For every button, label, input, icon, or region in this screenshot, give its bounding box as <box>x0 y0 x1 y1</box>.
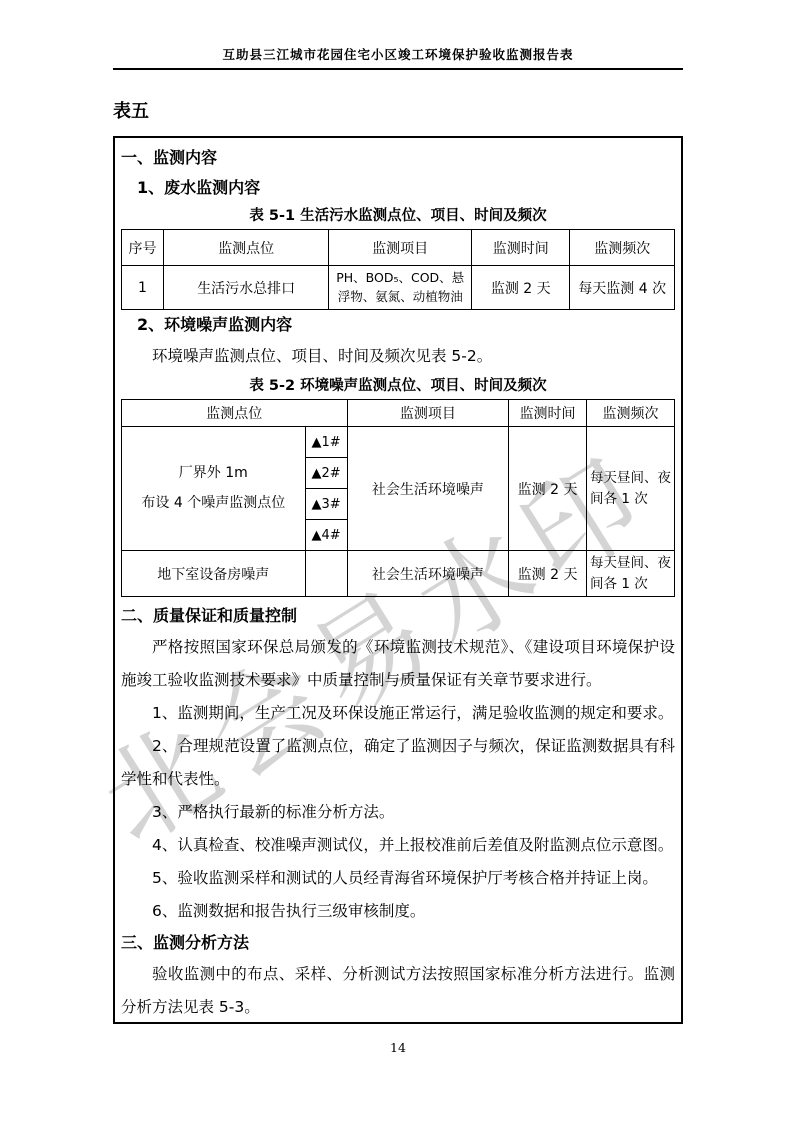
section2-item-3: 3、严格执行最新的标准分析方法。 <box>121 796 675 829</box>
column-header-point: 监测点位 <box>122 400 348 427</box>
point-line1: 厂界外 1m <box>124 459 303 488</box>
section1-sub2-heading: 2、环境噪声监测内容 <box>137 310 675 340</box>
section2-heading: 二、质量保证和质量控制 <box>121 601 675 631</box>
page-number: 14 <box>113 1040 683 1055</box>
table-row: 地下室设备房噪声 社会生活环境噪声 监测 2 天 每天昼间、夜间各 1 次 <box>122 551 675 597</box>
table-5-2-caption: 表 5-2 环境噪声监测点位、项目、时间及频次 <box>121 373 675 399</box>
cell-point: 厂界外 1m 布设 4 个噪声监测点位 <box>122 427 306 551</box>
column-header-freq: 监测频次 <box>587 400 675 427</box>
table-5-2: 监测点位 监测项目 监测时间 监测频次 厂界外 1m 布设 4 个噪声监测点位 … <box>121 399 675 597</box>
cell-time: 监测 2 天 <box>509 427 587 551</box>
point-line2: 布设 4 个噪声监测点位 <box>124 489 303 518</box>
section3-heading: 三、监测分析方法 <box>121 928 675 958</box>
cell-no: 1 <box>122 266 164 310</box>
column-header-time: 监测时间 <box>472 230 570 266</box>
triangle-marker-2: ▲2# <box>305 458 347 489</box>
table-5-2-header-row: 监测点位 监测项目 监测时间 监测频次 <box>122 400 675 427</box>
document-header-title: 互助县三江城市花园住宅小区竣工环境保护验收监测报告表 <box>113 46 683 64</box>
section2-item-5: 5、验收监测采样和测试的人员经青海省环境保护厅考核合格并持证上岗。 <box>121 862 675 895</box>
table-5-1-caption: 表 5-1 生活污水监测点位、项目、时间及频次 <box>121 203 675 229</box>
section2-item-6: 6、监测数据和报告执行三级审核制度。 <box>121 895 675 928</box>
cell-freq: 每天昼间、夜间各 1 次 <box>587 427 675 551</box>
column-header-time: 监测时间 <box>509 400 587 427</box>
column-header-point: 监测点位 <box>164 230 329 266</box>
cell-empty <box>305 551 347 597</box>
table-row: 厂界外 1m 布设 4 个噪声监测点位 ▲1# 社会生活环境噪声 监测 2 天 … <box>122 427 675 458</box>
section3-text: 验收监测中的布点、采样、分析测试方法按照国家标准分析方法进行。监测分析方法见表 … <box>121 958 675 1024</box>
triangle-marker-3: ▲3# <box>305 489 347 520</box>
cell-freq: 每天昼间、夜间各 1 次 <box>587 551 675 597</box>
section2-item-2: 2、合理规范设置了监测点位，确定了监测因子与频次，保证监测数据具有科学性和代表性… <box>121 730 675 796</box>
page-title: 表五 <box>113 100 683 124</box>
triangle-marker-4: ▲4# <box>305 520 347 551</box>
column-header-freq: 监测频次 <box>570 230 675 266</box>
cell-freq: 每天监测 4 次 <box>570 266 675 310</box>
cell-point: 生活污水总排口 <box>164 266 329 310</box>
column-header-item: 监测项目 <box>347 400 508 427</box>
cell-item: 社会生活环境噪声 <box>347 427 508 551</box>
column-header-no: 序号 <box>122 230 164 266</box>
triangle-marker-1: ▲1# <box>305 427 347 458</box>
section2-item-1: 1、监测期间，生产工况及环保设施正常运行，满足验收监测的规定和要求。 <box>121 697 675 730</box>
table-5-1-header-row: 序号 监测点位 监测项目 监测时间 监测频次 <box>122 230 675 266</box>
document-page: 北会易水印 互助县三江城市花园住宅小区竣工环境保护验收监测报告表 表五 一、监测… <box>0 0 793 1122</box>
table-row: 1 生活污水总排口 PH、BOD₅、COD、悬浮物、氨氮、动植物油 监测 2 天… <box>122 266 675 310</box>
cell-items: PH、BOD₅、COD、悬浮物、氨氮、动植物油 <box>329 266 472 310</box>
section2-item-4: 4、认真检查、校准噪声测试仪，并上报校准前后差值及附监测点位示意图。 <box>121 829 675 862</box>
page-content: 互助县三江城市花园住宅小区竣工环境保护验收监测报告表 表五 一、监测内容 1、废… <box>0 0 793 1055</box>
section2-intro: 严格按照国家环保总局颁发的《环境监测技术规范》、《建设项目环境保护设施竣工验收监… <box>121 631 675 697</box>
table-5-1: 序号 监测点位 监测项目 监测时间 监测频次 1 生活污水总排口 PH、BOD₅… <box>121 229 675 310</box>
section1-sub2-text: 环境噪声监测点位、项目、时间及频次见表 5-2。 <box>121 340 675 373</box>
cell-item: 社会生活环境噪声 <box>347 551 508 597</box>
cell-point: 地下室设备房噪声 <box>122 551 306 597</box>
column-header-item: 监测项目 <box>329 230 472 266</box>
section1-heading: 一、监测内容 <box>121 143 675 173</box>
cell-time: 监测 2 天 <box>472 266 570 310</box>
main-table-box: 一、监测内容 1、废水监测内容 表 5-1 生活污水监测点位、项目、时间及频次 … <box>113 136 683 1024</box>
header-divider <box>113 68 683 70</box>
section1-sub1-heading: 1、废水监测内容 <box>137 173 675 203</box>
cell-time: 监测 2 天 <box>509 551 587 597</box>
